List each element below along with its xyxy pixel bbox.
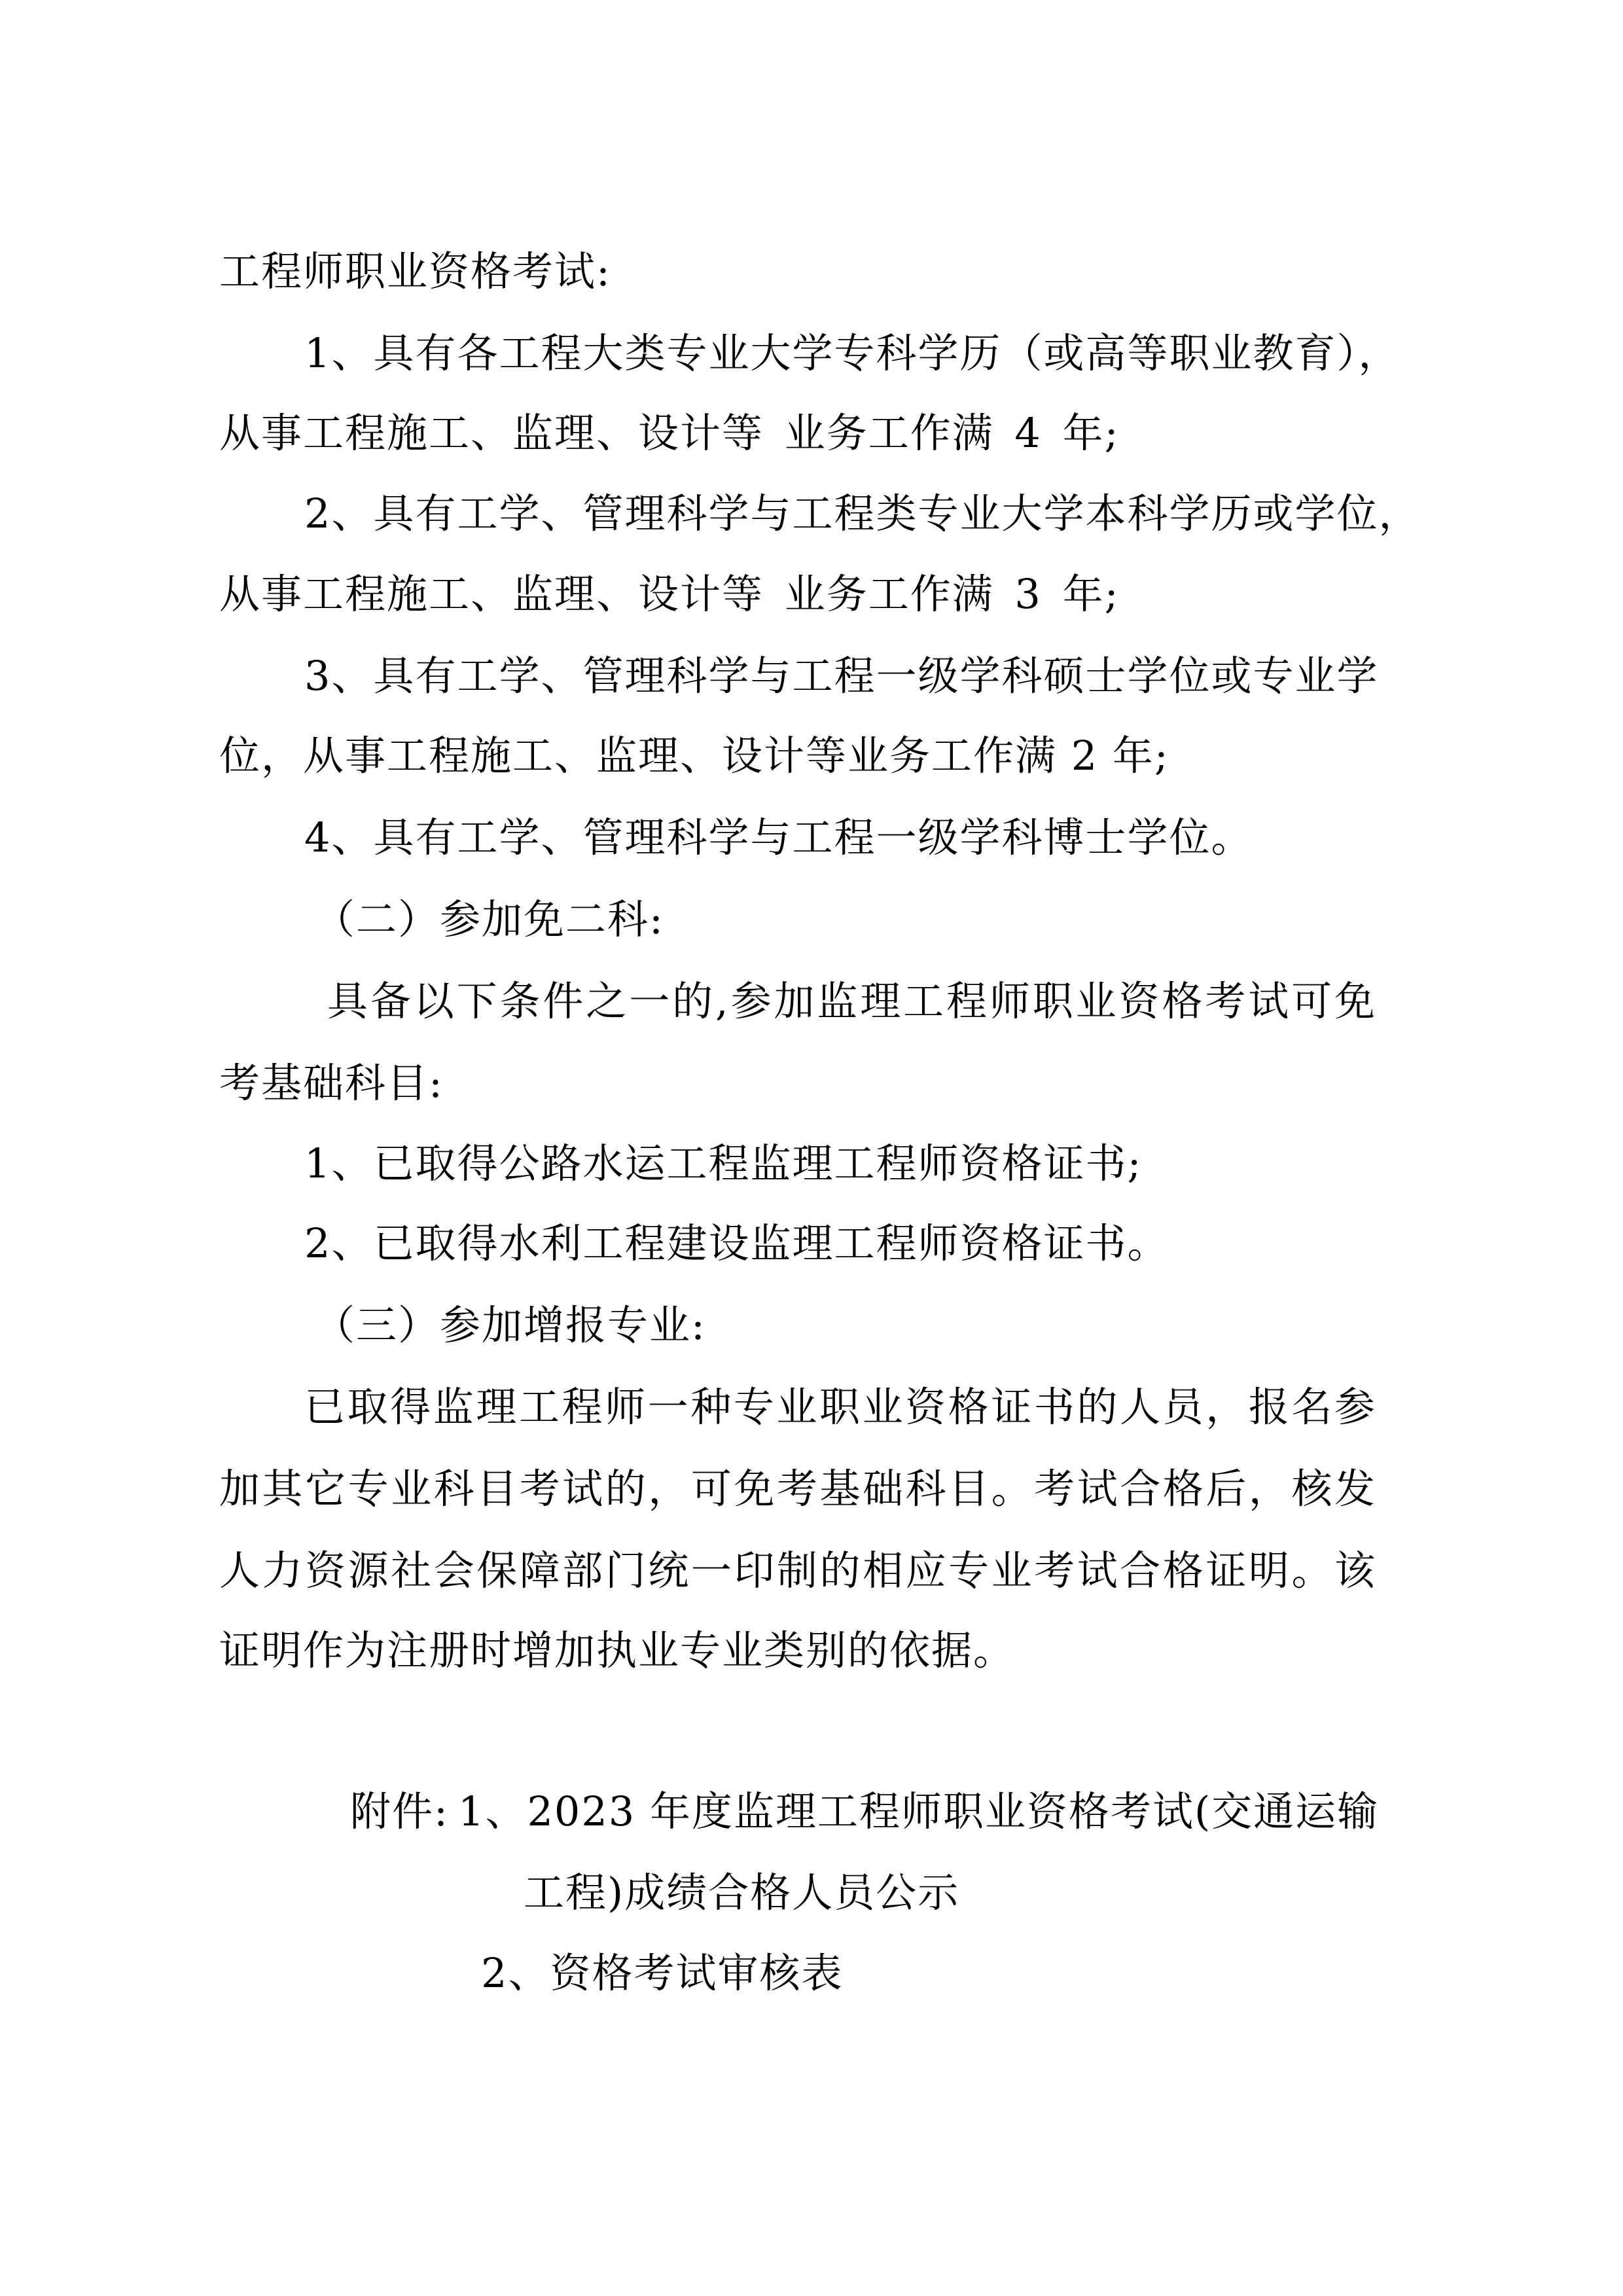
attachment-1-line-1: 1、2023 年度监理工程师职业资格考试(交通运输 [458,1785,1376,1838]
continuation-line: 工程师职业资格考试: [219,245,611,298]
section-three-heading: （三）参加增报专业: [314,1299,706,1352]
section-two-heading: （二）参加免二科: [314,893,664,946]
section-three-paragraph-line-1: 已取得监理工程师一种专业职业资格证书的人员，报名参 [304,1381,1376,1433]
attachment-1-line-2: 工程)成绩合格人员公示 [524,1867,959,1919]
section-three-paragraph-line-2: 加其它专业科目考试的，可免考基础科目。考试合格后，核发 [219,1463,1376,1515]
document-page: 工程师职业资格考试: 1、具有各工程大类专业大学专科学历（或高等职业教育）， 从… [0,0,1623,2296]
section-two-item-1: 1、已取得公路水运工程监理工程师资格证书; [304,1138,1142,1190]
section-two-intro-line-1: 具备以下条件之一的,参加监理工程师职业资格考试可免 [327,975,1376,1028]
attachment-2: 2、资格考试审核表 [481,1947,843,2000]
section-three-paragraph-line-3: 人力资源社会保障部门统一印制的相应专业考试合格证明。该 [219,1545,1376,1597]
section-two-intro-line-2: 考基础科目: [219,1057,444,1109]
requirement-2-line-2: 从事工程施工、监理、设计等 业务工作满 3 年; [219,568,1119,620]
requirement-1-line-2: 从事工程施工、监理、设计等 业务工作满 4 年; [219,407,1119,459]
requirement-1-line-1: 1、具有各工程大类专业大学专科学历（或高等职业教育）， [304,327,1376,380]
requirement-3-line-1: 3、具有工学、管理科学与工程一级学科硕士学位或专业学 [304,650,1376,702]
requirement-2-line-1: 2、具有工学、管理科学与工程类专业大学本科学历或学位， [304,488,1376,540]
section-three-paragraph-line-4: 证明作为注册时增加执业专业类别的依据。 [219,1624,1015,1677]
requirement-3-line-2: 位，从事工程施工、监理、设计等业务工作满 2 年; [219,730,1169,782]
requirement-4-line-1: 4、具有工学、管理科学与工程一级学科博士学位。 [304,812,1253,864]
section-two-item-2: 2、已取得水利工程建设监理工程师资格证书。 [304,1217,1169,1270]
attachments-label: 附件: [350,1785,449,1838]
